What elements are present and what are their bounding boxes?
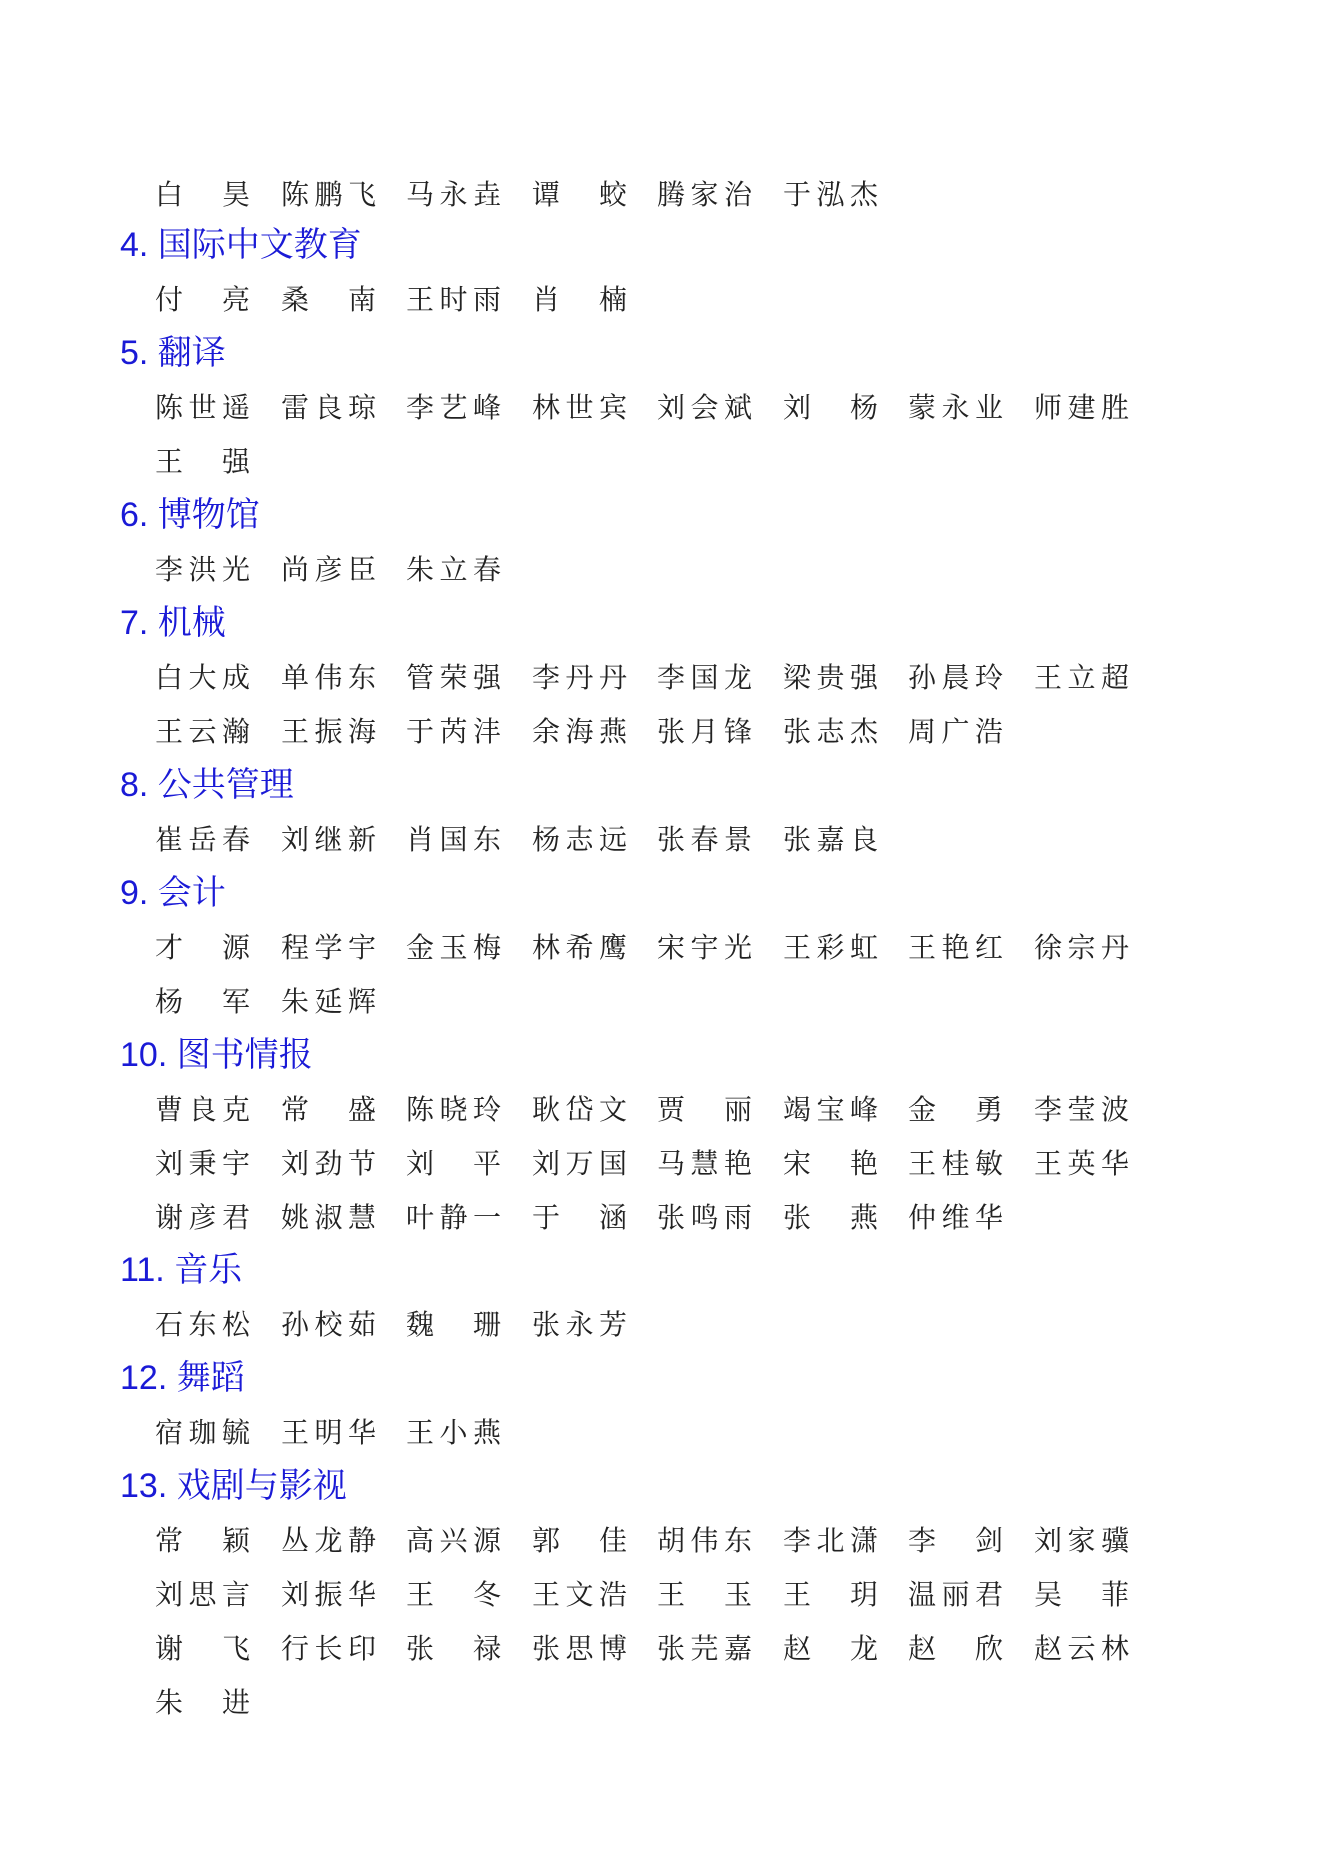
person-name: 王桂敏	[908, 1144, 1003, 1184]
document-page: 白昊陈鹏飞马永垚谭蛟腾家治于泓杰4. 国际中文教育付亮桑南王时雨肖楠5. 翻译陈…	[0, 0, 1322, 1871]
person-name: 常盛	[281, 1090, 376, 1130]
person-name: 刘思言	[155, 1575, 250, 1615]
person-name: 石东松	[155, 1305, 250, 1345]
person-name: 姚淑慧	[281, 1198, 376, 1238]
person-name: 王振海	[281, 712, 376, 752]
section-heading: 6. 博物馆	[120, 495, 260, 535]
person-name: 崔岳春	[155, 820, 250, 860]
person-name: 郭佳	[532, 1521, 627, 1561]
section-heading: 9. 会计	[120, 873, 226, 913]
person-name: 陈晓玲	[406, 1090, 501, 1130]
person-name: 谭蛟	[532, 175, 627, 215]
person-name: 刘杨	[783, 388, 878, 428]
person-name: 王艳红	[908, 928, 1003, 968]
person-name: 胡伟东	[657, 1521, 752, 1561]
person-name: 刘家骥	[1034, 1521, 1129, 1561]
person-name: 蒙永业	[908, 388, 1003, 428]
person-name: 谢彦君	[155, 1198, 250, 1238]
person-name: 腾家治	[657, 175, 752, 215]
person-name: 李剑	[908, 1521, 1003, 1561]
person-name: 张芫嘉	[657, 1629, 752, 1669]
person-name: 白昊	[155, 175, 250, 215]
section-heading: 12. 舞蹈	[120, 1358, 245, 1398]
section-heading: 10. 图书情报	[120, 1035, 313, 1075]
person-name: 刘万国	[532, 1144, 627, 1184]
person-name: 张永芳	[532, 1305, 627, 1345]
section-heading: 4. 国际中文教育	[120, 225, 362, 265]
person-name: 马慧艳	[657, 1144, 752, 1184]
person-name: 马永垚	[406, 175, 501, 215]
person-name: 张嘉良	[783, 820, 878, 860]
section-heading: 11. 音乐	[120, 1250, 242, 1290]
person-name: 金玉梅	[406, 928, 501, 968]
person-name: 于泓杰	[783, 175, 878, 215]
person-name: 师建胜	[1034, 388, 1129, 428]
person-name: 刘振华	[281, 1575, 376, 1615]
person-name: 李丹丹	[532, 658, 627, 698]
person-name: 宋宇光	[657, 928, 752, 968]
section-heading: 13. 戏剧与影视	[120, 1466, 347, 1506]
person-name: 徐宗丹	[1034, 928, 1129, 968]
person-name: 刘秉宇	[155, 1144, 250, 1184]
person-name: 孙校茹	[281, 1305, 376, 1345]
person-name: 王小燕	[406, 1413, 501, 1453]
person-name: 张思博	[532, 1629, 627, 1669]
person-name: 张春景	[657, 820, 752, 860]
person-name: 周广浩	[908, 712, 1003, 752]
person-name: 曹良克	[155, 1090, 250, 1130]
person-name: 魏珊	[406, 1305, 501, 1345]
person-name: 张志杰	[783, 712, 878, 752]
person-name: 王强	[155, 442, 250, 482]
person-name: 朱进	[155, 1683, 250, 1723]
person-name: 王时雨	[406, 280, 501, 320]
person-name: 刘平	[406, 1144, 501, 1184]
person-name: 程学宇	[281, 928, 376, 968]
person-name: 孙晨玲	[908, 658, 1003, 698]
person-name: 刘继新	[281, 820, 376, 860]
person-name: 贾丽	[657, 1090, 752, 1130]
person-name: 于涵	[532, 1198, 627, 1238]
person-name: 单伟东	[281, 658, 376, 698]
person-name: 王明华	[281, 1413, 376, 1453]
person-name: 李艺峰	[406, 388, 501, 428]
person-name: 行长印	[281, 1629, 376, 1669]
person-name: 杨志远	[532, 820, 627, 860]
person-name: 高兴源	[406, 1521, 501, 1561]
section-heading: 8. 公共管理	[120, 765, 294, 805]
person-name: 尚彦臣	[281, 550, 376, 590]
person-name: 肖国东	[406, 820, 501, 860]
person-name: 管荣强	[406, 658, 501, 698]
person-name: 耿岱文	[532, 1090, 627, 1130]
person-name: 于芮沣	[406, 712, 501, 752]
person-name: 陈世遥	[155, 388, 250, 428]
person-name: 李国龙	[657, 658, 752, 698]
person-name: 赵欣	[908, 1629, 1003, 1669]
person-name: 李洪光	[155, 550, 250, 590]
person-name: 朱立春	[406, 550, 501, 590]
person-name: 王彩虹	[783, 928, 878, 968]
person-name: 谢飞	[155, 1629, 250, 1669]
person-name: 陈鹏飞	[281, 175, 376, 215]
person-name: 吴菲	[1034, 1575, 1129, 1615]
person-name: 林世宾	[532, 388, 627, 428]
person-name: 王文浩	[532, 1575, 627, 1615]
person-name: 叶静一	[406, 1198, 501, 1238]
person-name: 余海燕	[532, 712, 627, 752]
person-name: 林希鹰	[532, 928, 627, 968]
person-name: 才源	[155, 928, 250, 968]
person-name: 桑南	[281, 280, 376, 320]
person-name: 张燕	[783, 1198, 878, 1238]
person-name: 王玥	[783, 1575, 878, 1615]
person-name: 白大成	[155, 658, 250, 698]
person-name: 付亮	[155, 280, 250, 320]
person-name: 仲维华	[908, 1198, 1003, 1238]
person-name: 朱延辉	[281, 982, 376, 1022]
person-name: 张鸣雨	[657, 1198, 752, 1238]
person-name: 刘劲节	[281, 1144, 376, 1184]
person-name: 李莹波	[1034, 1090, 1129, 1130]
person-name: 竭宝峰	[783, 1090, 878, 1130]
person-name: 王冬	[406, 1575, 501, 1615]
section-heading: 7. 机械	[120, 603, 226, 643]
person-name: 张月锋	[657, 712, 752, 752]
person-name: 常颖	[155, 1521, 250, 1561]
person-name: 肖楠	[532, 280, 627, 320]
person-name: 张禄	[406, 1629, 501, 1669]
person-name: 赵龙	[783, 1629, 878, 1669]
person-name: 李北潇	[783, 1521, 878, 1561]
person-name: 王云瀚	[155, 712, 250, 752]
person-name: 王玉	[657, 1575, 752, 1615]
person-name: 雷良琼	[281, 388, 376, 428]
person-name: 宋艳	[783, 1144, 878, 1184]
person-name: 刘会斌	[657, 388, 752, 428]
person-name: 赵云林	[1034, 1629, 1129, 1669]
person-name: 丛龙静	[281, 1521, 376, 1561]
person-name: 金勇	[908, 1090, 1003, 1130]
person-name: 宿珈毓	[155, 1413, 250, 1453]
person-name: 王立超	[1034, 658, 1129, 698]
person-name: 杨军	[155, 982, 250, 1022]
person-name: 温丽君	[908, 1575, 1003, 1615]
section-heading: 5. 翻译	[120, 333, 226, 373]
person-name: 王英华	[1034, 1144, 1129, 1184]
person-name: 梁贵强	[783, 658, 878, 698]
